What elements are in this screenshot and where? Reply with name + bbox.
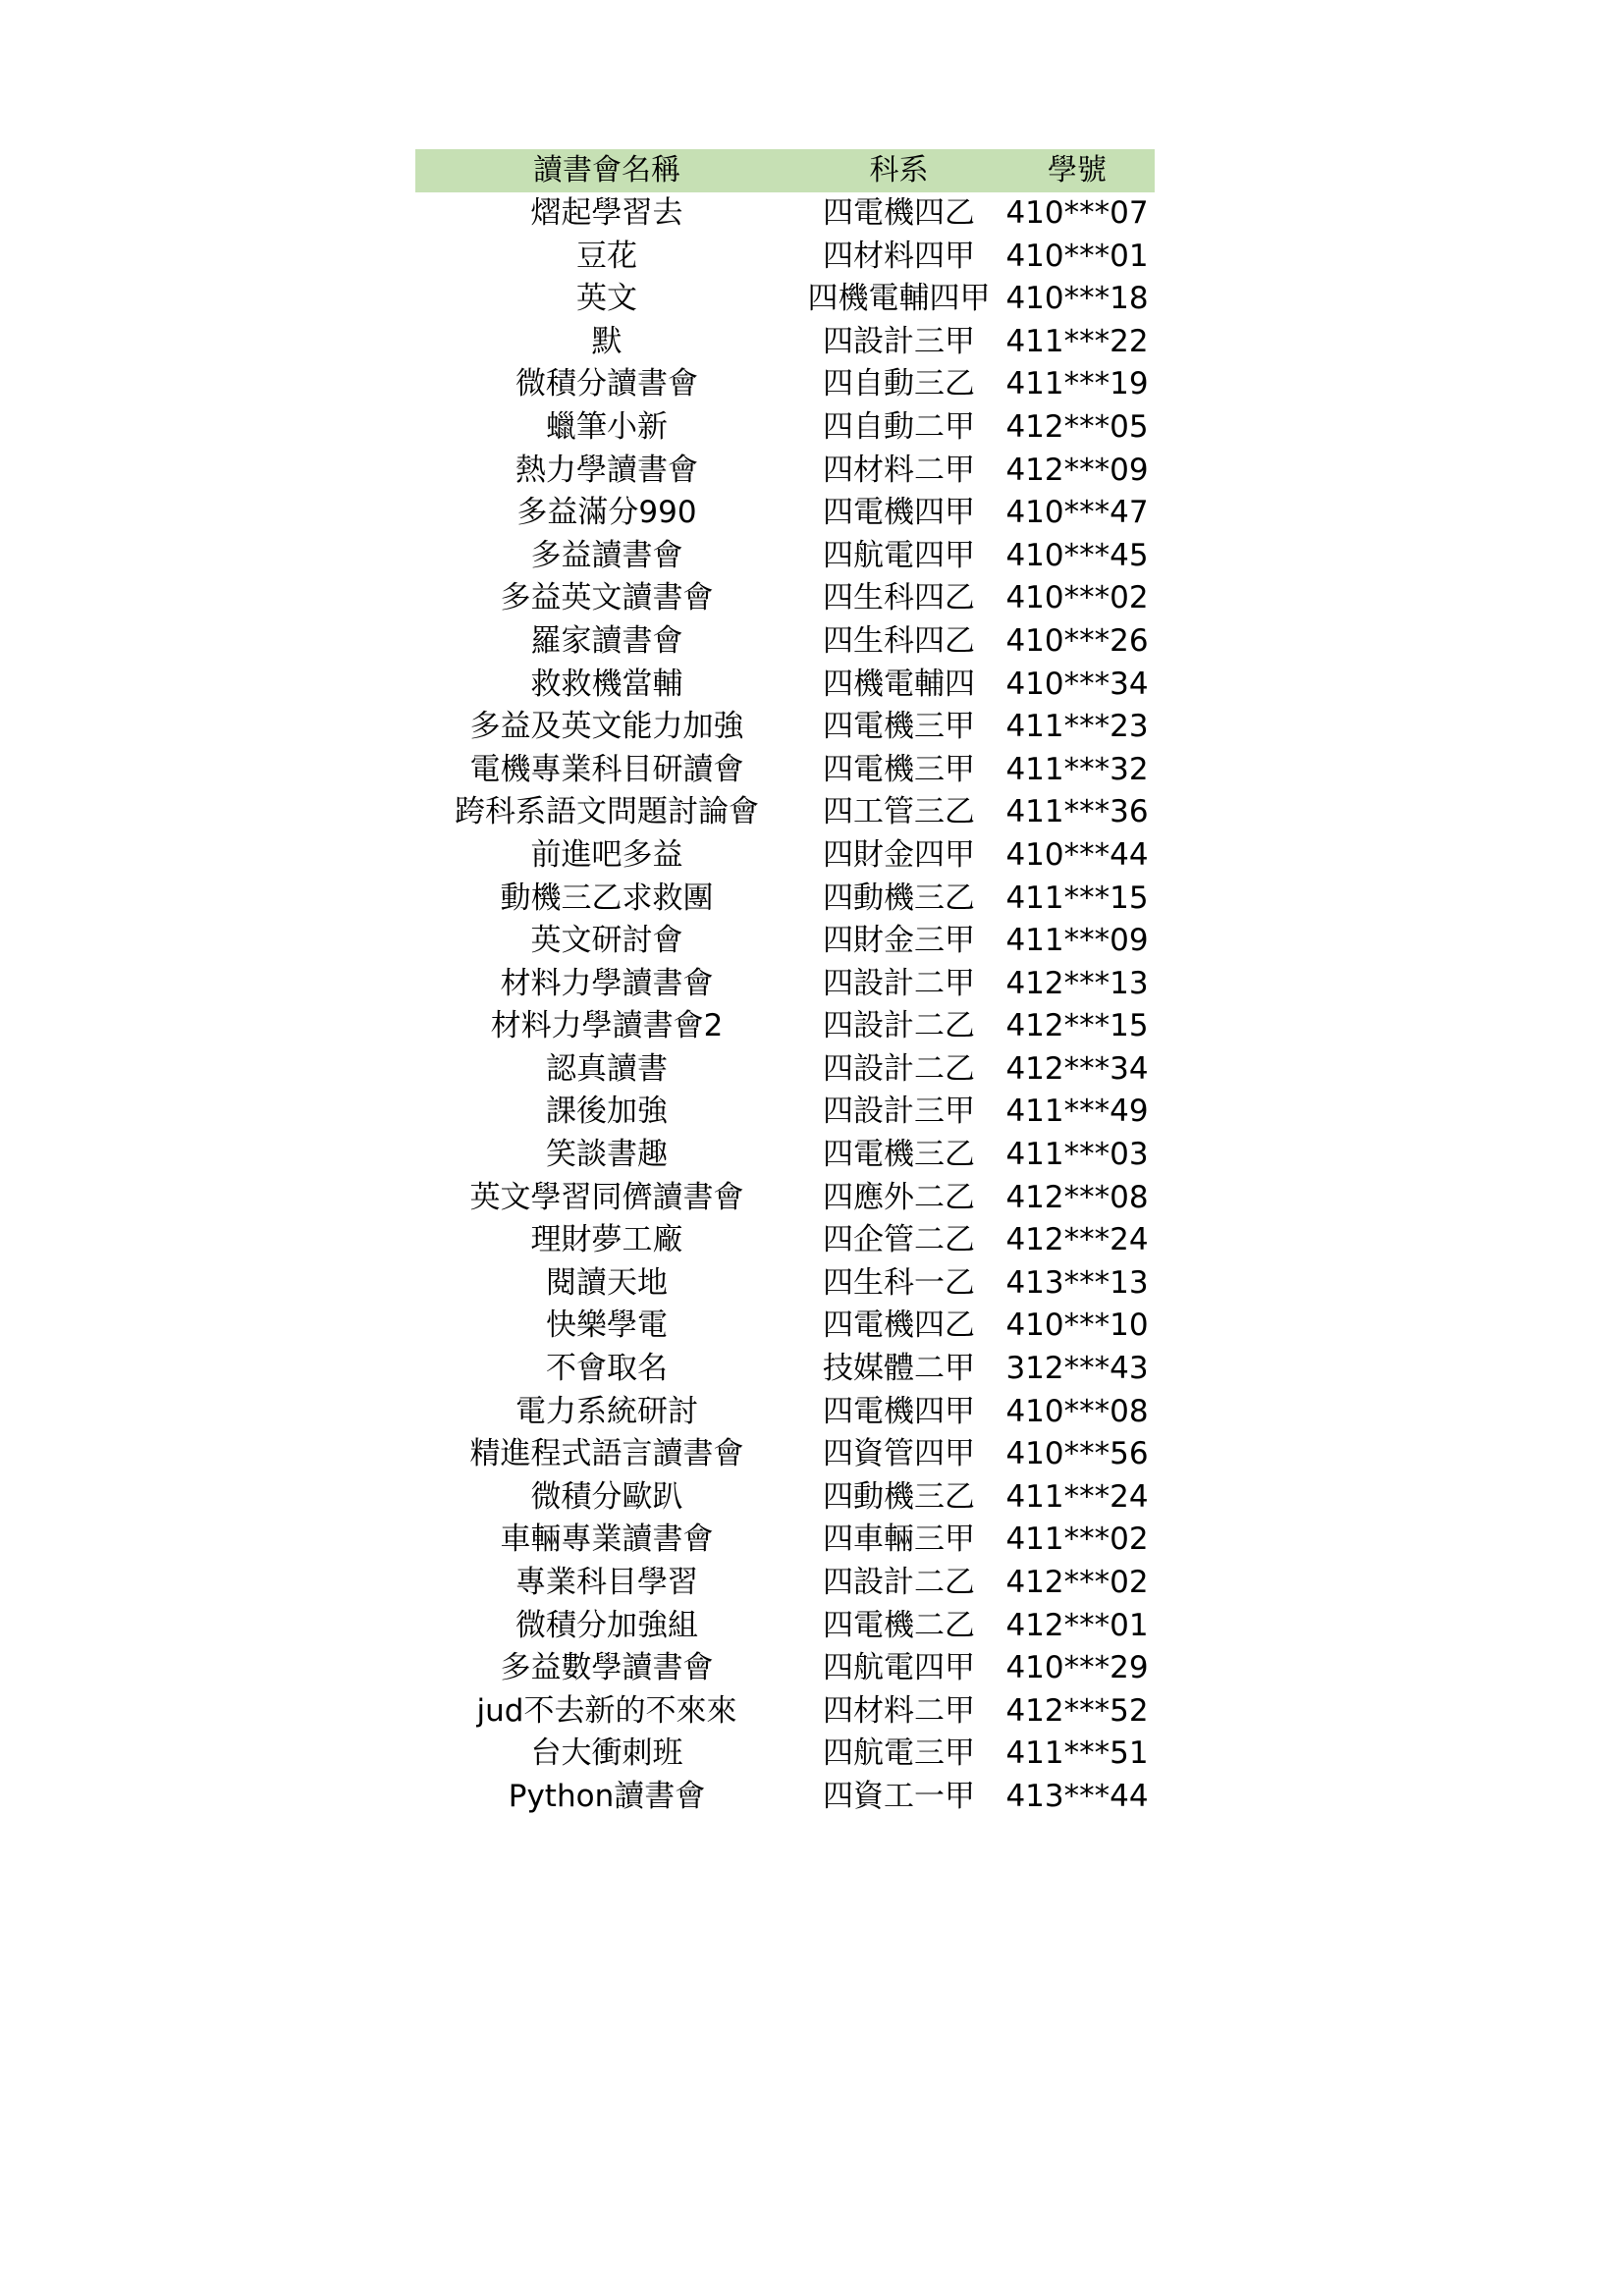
- table-row: 快樂學電四電機四乙410***10: [415, 1305, 1155, 1348]
- group-name-cell: 熱力學讀書會: [415, 450, 798, 493]
- student-id-cell: 412***08: [1000, 1177, 1155, 1220]
- group-name-cell: 豆花: [415, 236, 798, 279]
- table-body: 熠起學習去四電機四乙410***07豆花四材料四甲410***01英文四機電輔四…: [415, 192, 1155, 1819]
- student-id-cell: 413***13: [1000, 1262, 1155, 1306]
- group-name-cell: 微積分歐趴: [415, 1476, 798, 1520]
- group-name-cell: 車輛專業讀書會: [415, 1519, 798, 1562]
- group-name-cell: Python讀書會: [415, 1776, 798, 1819]
- table-row: 救救機當輔四機電輔四410***34: [415, 664, 1155, 707]
- group-name-cell: 台大衝刺班: [415, 1733, 798, 1776]
- group-name-cell: 精進程式語言讀書會: [415, 1433, 798, 1476]
- student-id-cell: 410***08: [1000, 1391, 1155, 1434]
- table-row: 理財夢工廠四企管二乙412***24: [415, 1219, 1155, 1262]
- department-cell: 四車輛三甲: [798, 1519, 1000, 1562]
- department-cell: 四設計三甲: [798, 321, 1000, 364]
- group-name-cell: 不會取名: [415, 1348, 798, 1391]
- group-name-cell: 電力系統研討: [415, 1391, 798, 1434]
- student-id-cell: 410***47: [1000, 492, 1155, 535]
- table-row: 多益滿分990四電機四甲410***47: [415, 492, 1155, 535]
- student-id-cell: 412***09: [1000, 450, 1155, 493]
- department-cell: 四材料二甲: [798, 1690, 1000, 1734]
- student-id-cell: 413***44: [1000, 1776, 1155, 1819]
- group-name-cell: 專業科目學習: [415, 1562, 798, 1605]
- table-row: 英文四機電輔四甲410***18: [415, 278, 1155, 321]
- student-id-cell: 312***43: [1000, 1348, 1155, 1391]
- table-row: 台大衝刺班四航電三甲411***51: [415, 1733, 1155, 1776]
- student-id-cell: 411***02: [1000, 1519, 1155, 1562]
- student-id-cell: 411***23: [1000, 706, 1155, 749]
- table-row: 動機三乙求救團四動機三乙411***15: [415, 878, 1155, 921]
- department-cell: 四生科一乙: [798, 1262, 1000, 1306]
- table-row: 跨科系語文問題討論會四工管三乙411***36: [415, 791, 1155, 834]
- table-row: 默四設計三甲411***22: [415, 321, 1155, 364]
- department-cell: 四材料四甲: [798, 236, 1000, 279]
- group-name-cell: 課後加強: [415, 1091, 798, 1134]
- student-id-cell: 412***15: [1000, 1005, 1155, 1048]
- department-cell: 四設計二乙: [798, 1005, 1000, 1048]
- student-id-cell: 412***05: [1000, 406, 1155, 450]
- table-row: 車輛專業讀書會四車輛三甲411***02: [415, 1519, 1155, 1562]
- table-row: 微積分加強組四電機二乙412***01: [415, 1605, 1155, 1648]
- table-row: 熠起學習去四電機四乙410***07: [415, 192, 1155, 236]
- student-id-cell: 411***22: [1000, 321, 1155, 364]
- table-row: 材料力學讀書會2四設計二乙412***15: [415, 1005, 1155, 1048]
- department-cell: 四財金四甲: [798, 834, 1000, 878]
- group-name-cell: 多益英文讀書會: [415, 577, 798, 620]
- header-department: 科系: [798, 149, 1000, 192]
- department-cell: 四電機四乙: [798, 192, 1000, 236]
- department-cell: 四電機四乙: [798, 1305, 1000, 1348]
- department-cell: 四機電輔四: [798, 664, 1000, 707]
- table-row: 課後加強四設計三甲411***49: [415, 1091, 1155, 1134]
- student-id-cell: 410***26: [1000, 620, 1155, 664]
- department-cell: 四生科四乙: [798, 620, 1000, 664]
- table-row: 多益數學讀書會四航電四甲410***29: [415, 1647, 1155, 1690]
- student-id-cell: 411***36: [1000, 791, 1155, 834]
- group-name-cell: 前進吧多益: [415, 834, 798, 878]
- group-name-cell: 默: [415, 321, 798, 364]
- student-id-cell: 410***01: [1000, 236, 1155, 279]
- department-cell: 四工管三乙: [798, 791, 1000, 834]
- table-row: 前進吧多益四財金四甲410***44: [415, 834, 1155, 878]
- group-name-cell: 材料力學讀書會: [415, 963, 798, 1006]
- header-student-id: 學號: [1000, 149, 1155, 192]
- department-cell: 四電機三甲: [798, 706, 1000, 749]
- department-cell: 四自動二甲: [798, 406, 1000, 450]
- table-row: 精進程式語言讀書會四資管四甲410***56: [415, 1433, 1155, 1476]
- student-id-cell: 410***07: [1000, 192, 1155, 236]
- table-row: jud不去新的不來來四材料二甲412***52: [415, 1690, 1155, 1734]
- group-name-cell: 跨科系語文問題討論會: [415, 791, 798, 834]
- department-cell: 四設計二乙: [798, 1562, 1000, 1605]
- student-id-cell: 411***09: [1000, 920, 1155, 963]
- department-cell: 四資工一甲: [798, 1776, 1000, 1819]
- department-cell: 四航電四甲: [798, 535, 1000, 578]
- student-id-cell: 410***02: [1000, 577, 1155, 620]
- table-row: 電力系統研討四電機四甲410***08: [415, 1391, 1155, 1434]
- department-cell: 四設計二甲: [798, 963, 1000, 1006]
- department-cell: 四動機三乙: [798, 878, 1000, 921]
- group-name-cell: jud不去新的不來來: [415, 1690, 798, 1734]
- student-id-cell: 412***52: [1000, 1690, 1155, 1734]
- student-id-cell: 411***51: [1000, 1733, 1155, 1776]
- student-id-cell: 411***24: [1000, 1476, 1155, 1520]
- group-name-cell: 熠起學習去: [415, 192, 798, 236]
- table-row: 閱讀天地四生科一乙413***13: [415, 1262, 1155, 1306]
- student-id-cell: 410***18: [1000, 278, 1155, 321]
- student-id-cell: 410***10: [1000, 1305, 1155, 1348]
- student-id-cell: 411***32: [1000, 749, 1155, 792]
- group-name-cell: 多益滿分990: [415, 492, 798, 535]
- group-name-cell: 英文研討會: [415, 920, 798, 963]
- department-cell: 四材料二甲: [798, 450, 1000, 493]
- table-row: 笑談書趣四電機三乙411***03: [415, 1134, 1155, 1177]
- department-cell: 四電機二乙: [798, 1605, 1000, 1648]
- group-name-cell: 英文學習同儕讀書會: [415, 1177, 798, 1220]
- table-row: 多益英文讀書會四生科四乙410***02: [415, 577, 1155, 620]
- department-cell: 四航電四甲: [798, 1647, 1000, 1690]
- group-name-cell: 救救機當輔: [415, 664, 798, 707]
- student-id-cell: 410***45: [1000, 535, 1155, 578]
- department-cell: 四電機三甲: [798, 749, 1000, 792]
- group-name-cell: 微積分加強組: [415, 1605, 798, 1648]
- table-row: 英文研討會四財金三甲411***09: [415, 920, 1155, 963]
- department-cell: 四電機三乙: [798, 1134, 1000, 1177]
- department-cell: 四設計二乙: [798, 1048, 1000, 1092]
- group-name-cell: 電機專業科目研讀會: [415, 749, 798, 792]
- department-cell: 四企管二乙: [798, 1219, 1000, 1262]
- group-name-cell: 快樂學電: [415, 1305, 798, 1348]
- table-row: 微積分讀書會四自動三乙411***19: [415, 363, 1155, 406]
- table-row: 微積分歐趴四動機三乙411***24: [415, 1476, 1155, 1520]
- header-group-name: 讀書會名稱: [415, 149, 798, 192]
- group-name-cell: 英文: [415, 278, 798, 321]
- department-cell: 四設計三甲: [798, 1091, 1000, 1134]
- table-row: 材料力學讀書會四設計二甲412***13: [415, 963, 1155, 1006]
- table-row: 多益讀書會四航電四甲410***45: [415, 535, 1155, 578]
- department-cell: 四自動三乙: [798, 363, 1000, 406]
- student-id-cell: 411***49: [1000, 1091, 1155, 1134]
- group-name-cell: 多益數學讀書會: [415, 1647, 798, 1690]
- table-row: 熱力學讀書會四材料二甲412***09: [415, 450, 1155, 493]
- student-id-cell: 412***02: [1000, 1562, 1155, 1605]
- table-row: 羅家讀書會四生科四乙410***26: [415, 620, 1155, 664]
- group-name-cell: 動機三乙求救團: [415, 878, 798, 921]
- table-header-row: 讀書會名稱 科系 學號: [415, 149, 1155, 192]
- department-cell: 四資管四甲: [798, 1433, 1000, 1476]
- department-cell: 四財金三甲: [798, 920, 1000, 963]
- student-id-cell: 411***15: [1000, 878, 1155, 921]
- table-row: 蠟筆小新四自動二甲412***05: [415, 406, 1155, 450]
- department-cell: 四動機三乙: [798, 1476, 1000, 1520]
- student-id-cell: 412***34: [1000, 1048, 1155, 1092]
- student-id-cell: 411***19: [1000, 363, 1155, 406]
- table-row: 多益及英文能力加強四電機三甲411***23: [415, 706, 1155, 749]
- group-name-cell: 理財夢工廠: [415, 1219, 798, 1262]
- table-row: 電機專業科目研讀會四電機三甲411***32: [415, 749, 1155, 792]
- table-row: 不會取名技媒體二甲312***43: [415, 1348, 1155, 1391]
- group-name-cell: 蠟筆小新: [415, 406, 798, 450]
- table-row: 認真讀書四設計二乙412***34: [415, 1048, 1155, 1092]
- group-name-cell: 多益讀書會: [415, 535, 798, 578]
- student-id-cell: 410***29: [1000, 1647, 1155, 1690]
- student-id-cell: 412***13: [1000, 963, 1155, 1006]
- department-cell: 技媒體二甲: [798, 1348, 1000, 1391]
- group-name-cell: 多益及英文能力加強: [415, 706, 798, 749]
- table-row: 專業科目學習四設計二乙412***02: [415, 1562, 1155, 1605]
- department-cell: 四航電三甲: [798, 1733, 1000, 1776]
- table-row: 英文學習同儕讀書會四應外二乙412***08: [415, 1177, 1155, 1220]
- department-cell: 四應外二乙: [798, 1177, 1000, 1220]
- group-name-cell: 閱讀天地: [415, 1262, 798, 1306]
- student-id-cell: 410***34: [1000, 664, 1155, 707]
- group-name-cell: 材料力學讀書會2: [415, 1005, 798, 1048]
- group-name-cell: 認真讀書: [415, 1048, 798, 1092]
- department-cell: 四電機四甲: [798, 1391, 1000, 1434]
- student-id-cell: 412***01: [1000, 1605, 1155, 1648]
- group-name-cell: 笑談書趣: [415, 1134, 798, 1177]
- department-cell: 四機電輔四甲: [798, 278, 1000, 321]
- table-row: 豆花四材料四甲410***01: [415, 236, 1155, 279]
- student-id-cell: 410***56: [1000, 1433, 1155, 1476]
- group-name-cell: 微積分讀書會: [415, 363, 798, 406]
- department-cell: 四生科四乙: [798, 577, 1000, 620]
- department-cell: 四電機四甲: [798, 492, 1000, 535]
- student-id-cell: 410***44: [1000, 834, 1155, 878]
- table-row: Python讀書會四資工一甲413***44: [415, 1776, 1155, 1819]
- student-id-cell: 412***24: [1000, 1219, 1155, 1262]
- student-id-cell: 411***03: [1000, 1134, 1155, 1177]
- study-group-table: 讀書會名稱 科系 學號 熠起學習去四電機四乙410***07豆花四材料四甲410…: [415, 149, 1155, 1819]
- group-name-cell: 羅家讀書會: [415, 620, 798, 664]
